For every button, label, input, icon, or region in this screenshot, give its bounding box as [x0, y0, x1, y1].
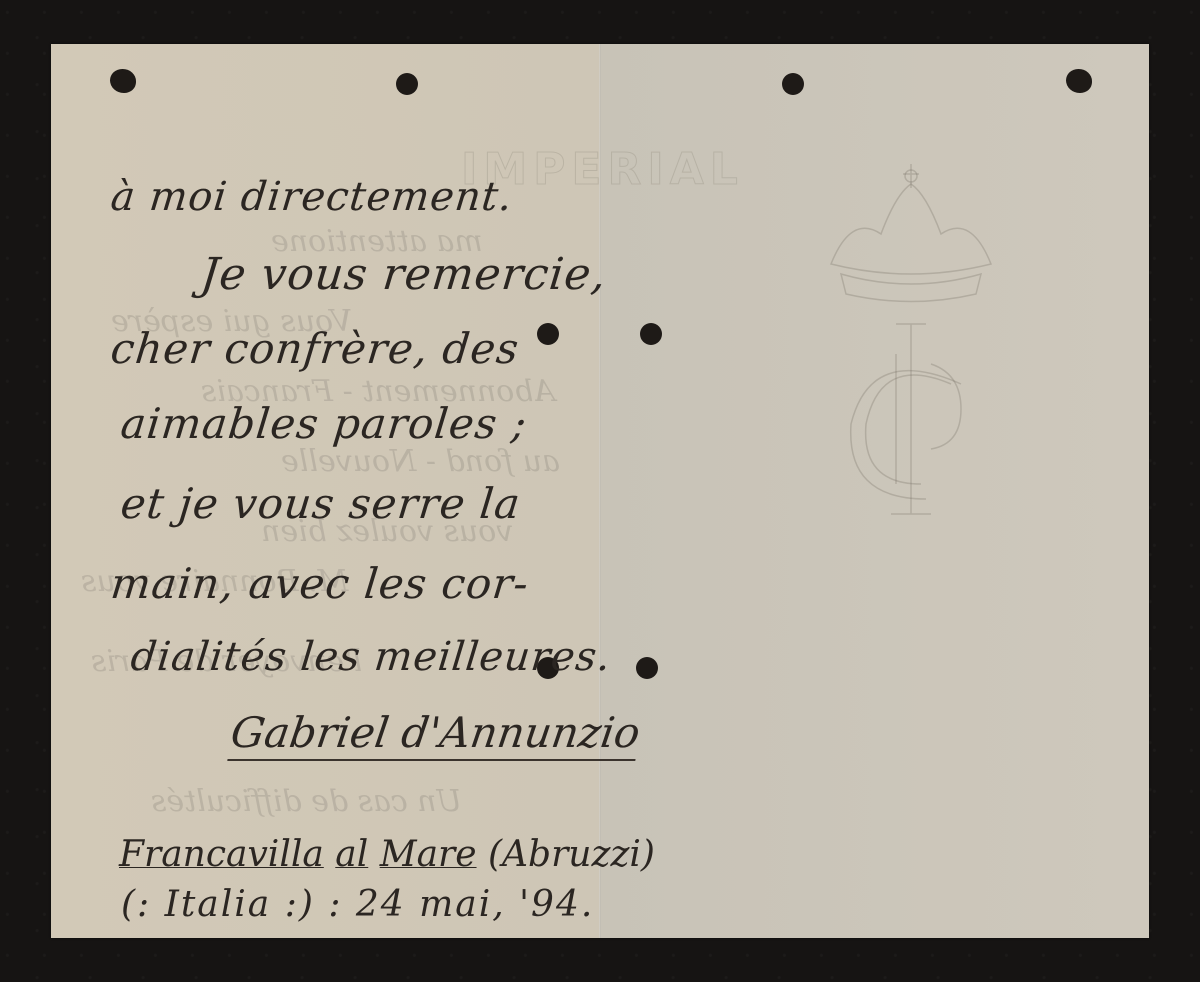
punch-hole	[782, 73, 804, 95]
body-line: aimables paroles ;	[118, 399, 529, 448]
body-line: et je vous serre la	[118, 479, 523, 528]
place-town: Francavilla	[119, 834, 324, 875]
punch-hole	[110, 69, 136, 93]
bleed-through-text: Un cas de difficultés	[151, 784, 462, 819]
body-line: Je vous remercie,	[198, 249, 609, 300]
body-line: dialités les meilleures.	[129, 634, 614, 680]
signature: Gabriel d'Annunzio	[227, 708, 643, 761]
body-line: cher confrère, des	[108, 324, 521, 373]
bleed-through-text: au fond - Nouvelle	[281, 444, 560, 479]
date-line: (: Italia :) : 24 mai, '94.	[121, 884, 594, 925]
place-region: (Abruzzi)	[488, 834, 655, 875]
crown-monogram-watermark-icon	[811, 154, 1011, 534]
punch-hole	[396, 73, 418, 95]
letter-sheet: IMPERIAL ma attentione Vous gui espère A…	[51, 44, 1149, 938]
punch-hole	[537, 323, 559, 345]
place-connector: al	[335, 834, 368, 875]
punch-hole	[636, 657, 658, 679]
punch-hole	[640, 323, 662, 345]
body-line: main, avec les cor-	[108, 559, 531, 608]
place-line: Francavilla al Mare (Abruzzi)	[119, 834, 655, 875]
punch-hole	[1066, 69, 1092, 93]
body-line: à moi directement.	[109, 174, 515, 220]
place-sea: Mare	[380, 834, 477, 875]
